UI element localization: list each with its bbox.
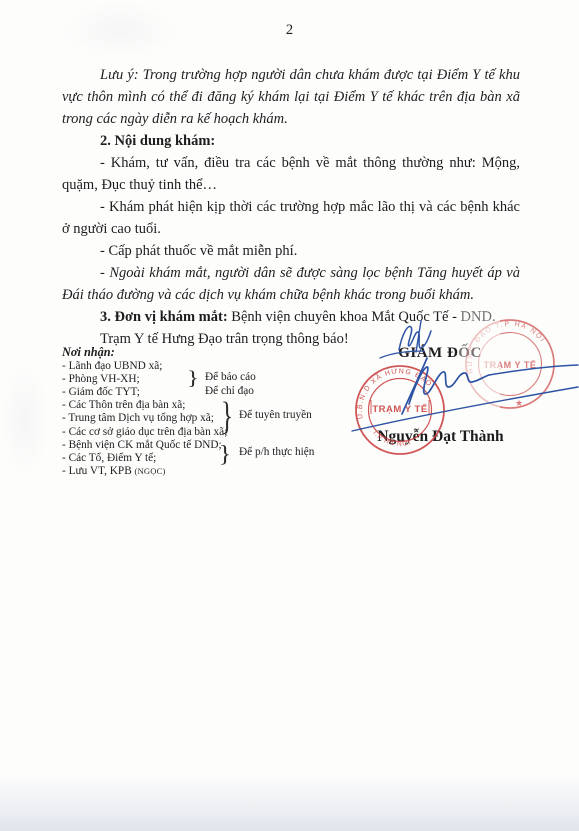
recipients-group-label-propaganda: Để tuyên truyền <box>239 409 312 421</box>
recipient-item-text: - Lưu VT, KPB <box>62 465 135 477</box>
signatory-name: Nguyễn Đạt Thành <box>358 428 523 446</box>
stamp-center-text: TRẠM Y TẾ <box>372 404 427 415</box>
recipient-item: - Trung tâm Dịch vụ tổng hợp xã; <box>62 412 262 425</box>
recipient-item: - Các Tổ, Điểm Y tế; <box>62 452 262 465</box>
section2-item-4: - Ngoài khám mắt, người dân sẽ được sàng… <box>62 262 520 306</box>
svg-text:U.B.N.D XÃ HƯNG ĐẠO: U.B.N.D XÃ HƯNG ĐẠO <box>357 368 433 419</box>
recipient-item: - Các cơ sở giáo dục trên địa bàn xã; <box>62 426 262 439</box>
section2-item-1: - Khám, tư vấn, điều tra các bệnh về mắt… <box>62 152 520 196</box>
recipient-item: - Bệnh viện CK mắt Quốc tế DND; <box>62 439 262 452</box>
note-paragraph: Lưu ý: Trong trường hợp người dân chưa k… <box>62 64 520 130</box>
signatory-title: GIÁM ĐỐC <box>375 345 505 362</box>
section2-item-2: - Khám phát hiện kịp thời các trường hợp… <box>62 196 520 240</box>
section3-line: 3. Đơn vị khám mắt: Bệnh viện chuyên kho… <box>62 306 520 328</box>
scan-artifact <box>0 360 50 480</box>
director-signature <box>352 358 578 431</box>
section3-value: Bệnh viện chuyên khoa Mắt Quốc Tế - DND. <box>228 309 496 325</box>
recipients-group-label-implement: Để p/h thực hiện <box>239 446 314 458</box>
section3-label: 3. Đơn vị khám mắt: <box>100 309 228 325</box>
document-body: Lưu ý: Trong trường hợp người dân chưa k… <box>62 64 520 350</box>
recipient-item: - Các Thôn trên địa bàn xã; <box>62 399 262 412</box>
stamp-star-icon: ★ <box>515 398 523 408</box>
recipients-title: Nơi nhận: <box>62 346 262 359</box>
recipient-item-note: (NGỌC) <box>135 466 166 476</box>
page-number: 2 <box>0 22 579 39</box>
recipients-block: Nơi nhận: - Lãnh đạo UBND xã; - Phòng VH… <box>62 346 262 478</box>
recipients-group-label-direct: Để chỉ đạo <box>205 385 254 397</box>
document-page: 2 Lưu ý: Trong trường hợp người dân chưa… <box>0 0 579 831</box>
section2-heading: 2. Nội dung khám: <box>62 130 520 152</box>
recipients-group-label-report: Để báo cáo <box>205 371 256 383</box>
recipient-item: - Lưu VT, KPB (NGỌC) <box>62 465 262 478</box>
section2-item-3: - Cấp phát thuốc về mắt miễn phí. <box>62 240 520 262</box>
stamp-ring-text: U.B.N.D XÃ HƯNG ĐẠO <box>357 368 433 419</box>
scan-edge-shadow <box>0 773 579 831</box>
